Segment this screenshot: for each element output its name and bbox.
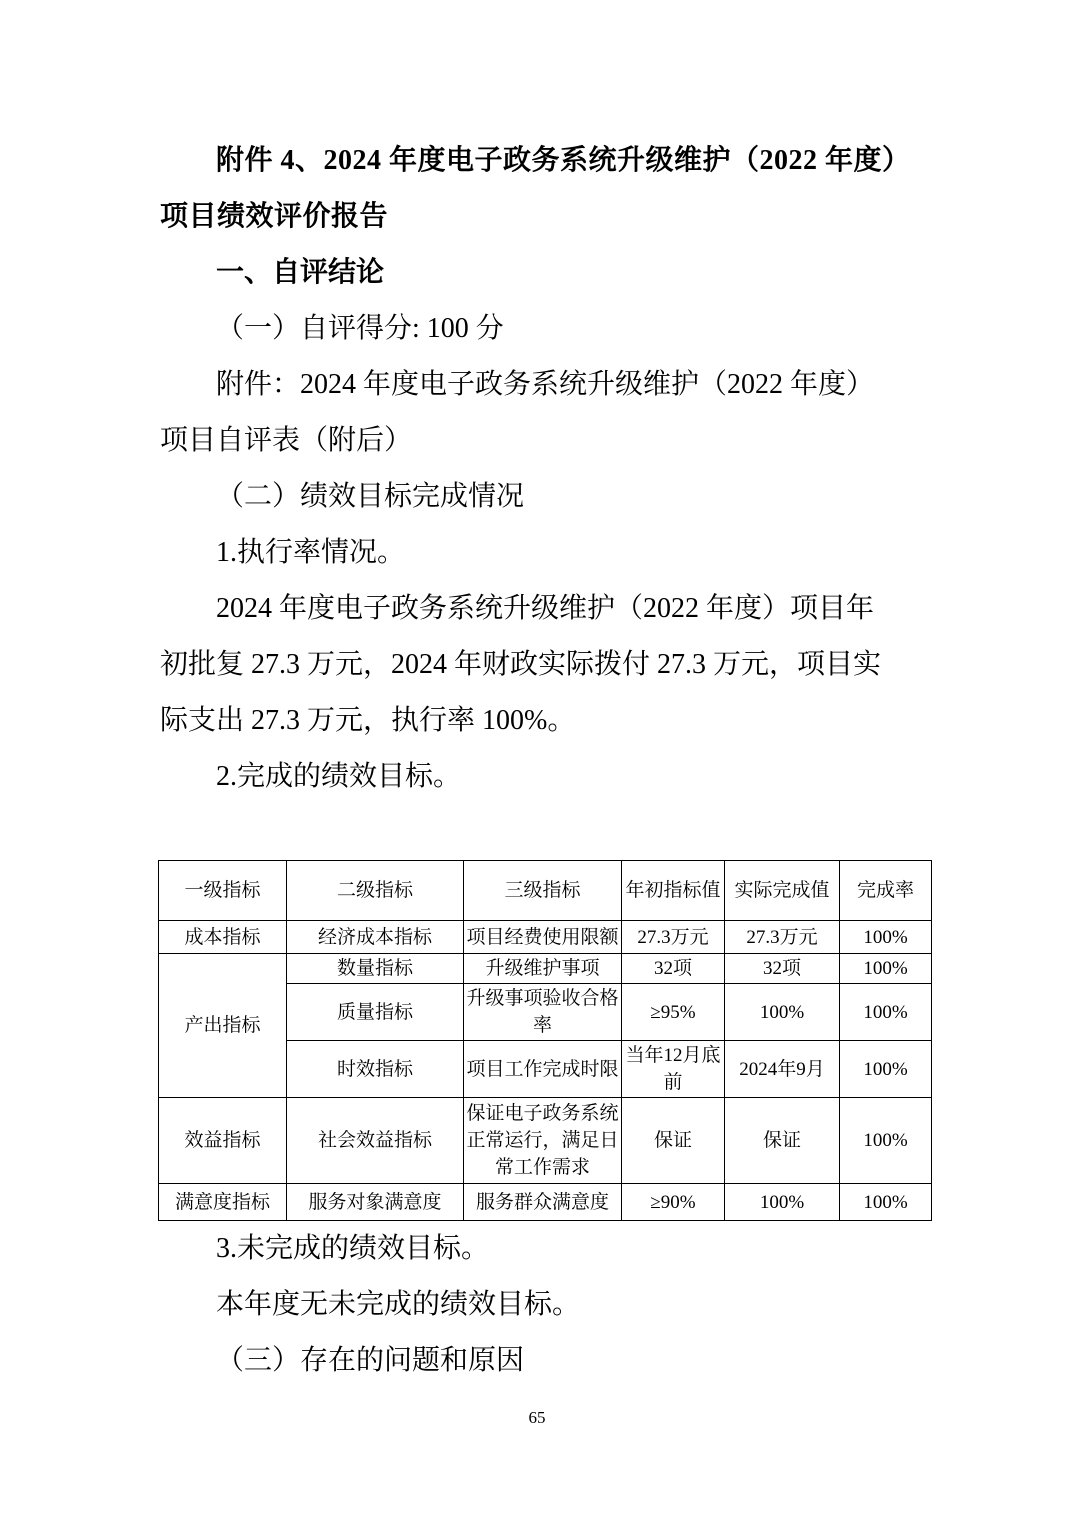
heading-self-eval-conclusion: 一、自评结论 xyxy=(160,245,916,301)
header-cell-actual-value: 实际完成值 xyxy=(725,861,840,921)
table-cell: 项目经费使用限额 xyxy=(464,921,622,954)
table-row-quantity: 产出指标 数量指标 升级维护事项 32项 32项 100% xyxy=(159,954,932,984)
table-cell: 2024年9月 xyxy=(725,1041,840,1098)
table-cell-output-group: 产出指标 xyxy=(159,954,287,1098)
table-cell: 满意度指标 xyxy=(159,1184,287,1221)
document-title-line-2: 项目绩效评价报告 xyxy=(160,189,916,245)
table-cell: 32项 xyxy=(725,954,840,984)
table-cell: 质量指标 xyxy=(287,984,464,1041)
page-number: 65 xyxy=(0,1407,1074,1429)
table-cell: 数量指标 xyxy=(287,954,464,984)
para-uncompleted-targets-body: 本年度无未完成的绩效目标。 xyxy=(160,1277,916,1333)
table-cell: 经济成本指标 xyxy=(287,921,464,954)
document-title: 附件 4、2024 年度电子政务系统升级维护（2022 年度） 项目绩效评价报告 xyxy=(160,133,916,245)
table-cell: 社会效益指标 xyxy=(287,1098,464,1184)
table-cell: 升级事项验收合格率 xyxy=(464,984,622,1041)
table-cell: 27.3万元 xyxy=(622,921,725,954)
heading-target-completion: （二）绩效目标完成情况 xyxy=(160,469,916,525)
table-cell: 32项 xyxy=(622,954,725,984)
para-attachment-line-1: 附件：2024 年度电子政务系统升级维护（2022 年度） xyxy=(160,357,916,413)
table-cell: 100% xyxy=(840,1184,932,1221)
table-cell: ≥95% xyxy=(622,984,725,1041)
table-cell: 100% xyxy=(725,984,840,1041)
table-cell: 当年12月底前 xyxy=(622,1041,725,1098)
document-title-line-1: 附件 4、2024 年度电子政务系统升级维护（2022 年度） xyxy=(160,133,916,189)
table-header-row: 一级指标 二级指标 三级指标 年初指标值 实际完成值 完成率 xyxy=(159,861,932,921)
para-execution-rate-body: 2024 年度电子政务系统升级维护（2022 年度）项目年 初批复 27.3 万… xyxy=(160,581,916,749)
table-cell: 27.3万元 xyxy=(725,921,840,954)
para-execution-rate-title: 1.执行率情况。 xyxy=(160,525,916,581)
document-content: 附件 4、2024 年度电子政务系统升级维护（2022 年度） 项目绩效评价报告… xyxy=(160,133,916,1389)
table-cell: 保证电子政务系统正常运行，满足日常工作需求 xyxy=(464,1098,622,1184)
para-attachment-line-2: 项目自评表（附后） xyxy=(160,413,916,469)
table-cell: ≥90% xyxy=(622,1184,725,1221)
document-page: 附件 4、2024 年度电子政务系统升级维护（2022 年度） 项目绩效评价报告… xyxy=(0,0,1074,1520)
table-cell: 100% xyxy=(840,921,932,954)
para-uncompleted-targets-title: 3.未完成的绩效目标。 xyxy=(160,1221,916,1277)
table-row-satisfaction: 满意度指标 服务对象满意度 服务群众满意度 ≥90% 100% 100% xyxy=(159,1184,932,1221)
para-self-score: （一）自评得分: 100 分 xyxy=(160,301,916,357)
table-row-cost: 成本指标 经济成本指标 项目经费使用限额 27.3万元 27.3万元 100% xyxy=(159,921,932,954)
heading-problems-causes: （三）存在的问题和原因 xyxy=(160,1333,916,1389)
table-cell: 100% xyxy=(840,1098,932,1184)
header-cell-level3: 三级指标 xyxy=(464,861,622,921)
table-cell: 服务对象满意度 xyxy=(287,1184,464,1221)
header-cell-level2: 二级指标 xyxy=(287,861,464,921)
para-execution-body-line-1: 2024 年度电子政务系统升级维护（2022 年度）项目年 xyxy=(160,581,916,637)
table-cell: 升级维护事项 xyxy=(464,954,622,984)
table-cell: 100% xyxy=(840,954,932,984)
para-attachment: 附件：2024 年度电子政务系统升级维护（2022 年度） 项目自评表（附后） xyxy=(160,357,916,469)
table-cell: 时效指标 xyxy=(287,1041,464,1098)
table-row-benefit: 效益指标 社会效益指标 保证电子政务系统正常运行，满足日常工作需求 保证 保证 … xyxy=(159,1098,932,1184)
table-cell: 100% xyxy=(840,1041,932,1098)
table-cell: 100% xyxy=(840,984,932,1041)
table-cell: 成本指标 xyxy=(159,921,287,954)
table-cell: 服务群众满意度 xyxy=(464,1184,622,1221)
para-completed-targets-title: 2.完成的绩效目标。 xyxy=(160,749,916,805)
header-cell-level1: 一级指标 xyxy=(159,861,287,921)
table-cell: 100% xyxy=(725,1184,840,1221)
performance-indicators-table: 一级指标 二级指标 三级指标 年初指标值 实际完成值 完成率 成本指标 经济成本… xyxy=(158,860,932,1221)
para-execution-body-line-2: 初批复 27.3 万元，2024 年财政实际拨付 27.3 万元，项目实 xyxy=(160,637,916,693)
header-cell-completion-rate: 完成率 xyxy=(840,861,932,921)
para-execution-body-line-3: 际支出 27.3 万元，执行率 100%。 xyxy=(160,693,916,749)
table-cell: 保证 xyxy=(622,1098,725,1184)
table-cell: 效益指标 xyxy=(159,1098,287,1184)
table-cell: 保证 xyxy=(725,1098,840,1184)
table-cell: 项目工作完成时限 xyxy=(464,1041,622,1098)
header-cell-target-value: 年初指标值 xyxy=(622,861,725,921)
